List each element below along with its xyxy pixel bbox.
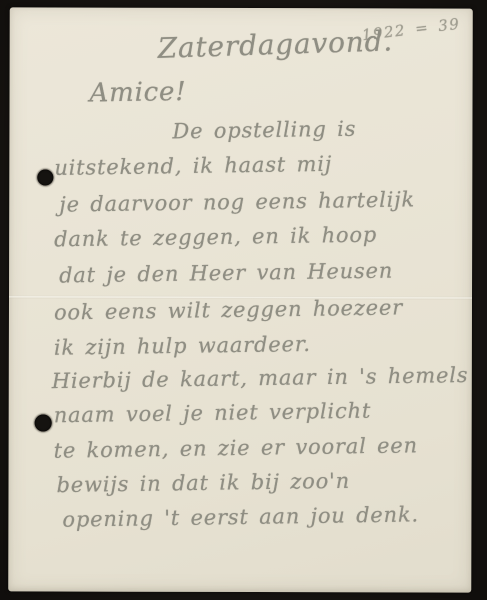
salutation: Amice! bbox=[89, 77, 186, 108]
letter-line: uitstekend, ik haast mij bbox=[54, 152, 332, 180]
letter-paper: 1922 = 39 Zaterdagavond. Amice! De opste… bbox=[8, 7, 473, 592]
letter-line: dank te zeggen, en ik hoop bbox=[54, 223, 377, 252]
letter-line: naam voel je niet verplicht bbox=[54, 399, 372, 428]
letter-line: Hierbij de kaart, maar in 's hemels bbox=[52, 363, 469, 393]
letter-line: opening 't eerst aan jou denk. bbox=[62, 502, 419, 531]
letter-photo: 1922 = 39 Zaterdagavond. Amice! De opste… bbox=[0, 0, 487, 600]
letter-line: te komen, en zie er vooral een bbox=[53, 433, 418, 462]
letter-line: De opstelling is bbox=[172, 117, 356, 144]
letter-line: ook eens wilt zeggen hoezeer bbox=[54, 295, 403, 324]
letter-line: je daarvoor nog eens hartelijk bbox=[59, 187, 415, 216]
letter-line: ik zijn hulp waardeer. bbox=[54, 332, 311, 360]
date-line: Zaterdagavond. bbox=[157, 24, 393, 65]
punch-hole-top bbox=[37, 169, 53, 185]
letter-line: dat je den Heer van Heusen bbox=[59, 258, 393, 287]
letter-line: bewijs in dat ik bij zoo'n bbox=[56, 469, 350, 497]
punch-hole-bottom bbox=[35, 414, 52, 431]
